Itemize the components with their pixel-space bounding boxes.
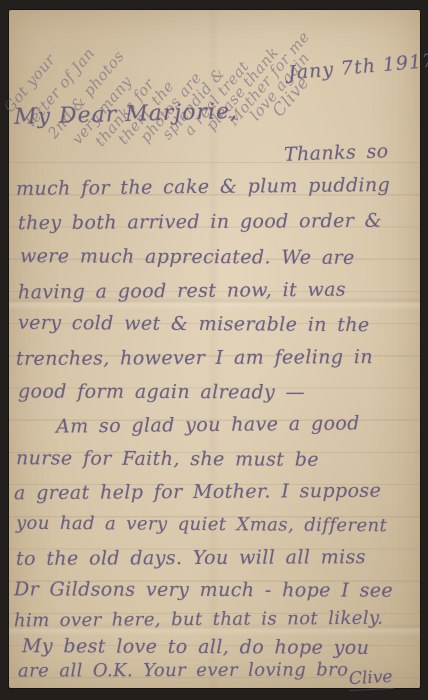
body-line: trenches, however I am feeling in — [16, 346, 373, 370]
body-line: My best love to all, do hope you — [22, 635, 369, 659]
body-line: Dr Gildsons very much - hope I see — [14, 578, 393, 601]
body-line: nurse for Faith, she must be — [16, 447, 319, 471]
letter-photo: Got your letter of Jan 2nd & photos very… — [0, 0, 428, 700]
body-line: are all O.K. Your ever loving bro — [18, 659, 348, 681]
body-line: very cold wet & miserable in the — [18, 312, 370, 336]
signature: Clive — [348, 667, 393, 691]
body-line: him over here, but that is not likely. — [14, 608, 383, 632]
body-line: they both arrived in good order & — [18, 210, 382, 235]
letter-date: Jany 7th 1917 — [287, 50, 428, 85]
body-line: you had a very quiet Xmas, different — [16, 513, 387, 537]
body-line: much for the cake & plum pudding — [16, 174, 390, 200]
body-line: to the old days. You will all miss — [16, 546, 366, 570]
body-line: Thanks so — [284, 140, 389, 166]
body-line: Am so glad you have a good — [56, 412, 360, 437]
body-line: having a good rest now, it was — [18, 279, 346, 304]
body-line: good form again already — — [18, 380, 305, 403]
body-line: were much appreciated. We are — [20, 245, 355, 269]
body-line: a great help for Mother. I suppose — [14, 480, 381, 505]
letter-paper: Got your letter of Jan 2nd & photos very… — [9, 10, 420, 688]
